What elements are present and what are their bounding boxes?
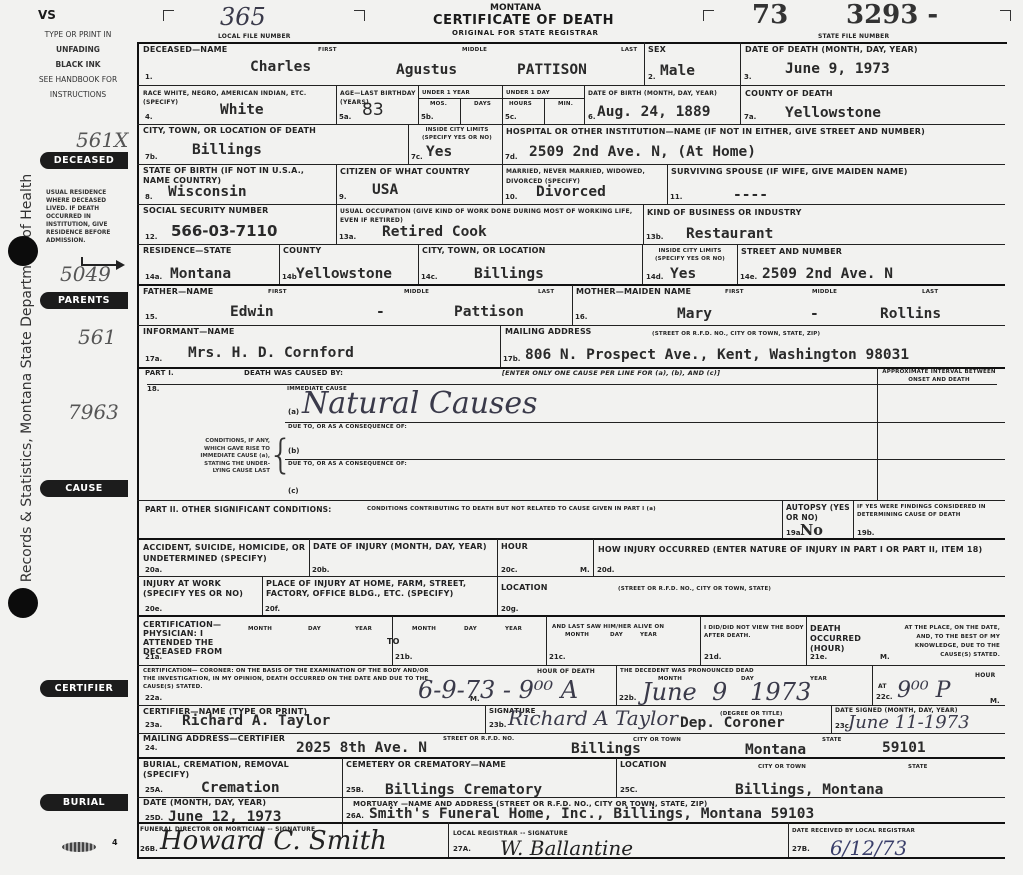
autopsy-value: No <box>800 522 823 539</box>
business-industry: Restaurant <box>686 226 773 242</box>
residence-county: Yellowstone <box>296 266 392 282</box>
residence-city: Billings <box>474 266 544 282</box>
sex-value: Male <box>660 63 695 79</box>
immediate-cause: Natural Causes <box>302 386 538 421</box>
form-state: MONTANA <box>490 3 541 13</box>
form-title: CERTIFICATE OF DEATH <box>433 13 614 28</box>
father-middle: - <box>376 304 385 320</box>
margin-note: 7963 <box>68 400 119 424</box>
page-number: 4 <box>112 838 118 847</box>
informant-mailing-address: 806 N. Prospect Ave., Kent, Washington 9… <box>525 347 909 363</box>
margin-note: 5049 <box>60 262 111 286</box>
corner-bracket <box>1000 10 1011 21</box>
city-of-death: Billings <box>192 142 262 158</box>
deceased-last-name: PATTISON <box>517 62 587 78</box>
brace: { <box>268 435 293 475</box>
date-of-death: June 9, 1973 <box>785 61 890 77</box>
mother-last: Rollins <box>880 306 941 322</box>
inside-city-limits: Yes <box>426 144 452 160</box>
residence-street: 2509 2nd Ave. N <box>762 266 893 282</box>
date-of-birth: Aug. 24, 1889 <box>597 104 711 120</box>
disposition: Cremation <box>201 780 280 796</box>
certifier-zip: 59101 <box>882 740 926 756</box>
form-code: VS <box>38 8 56 22</box>
mother-first: Mary <box>677 306 712 322</box>
social-security-number: 566-03-7110 <box>171 222 277 240</box>
pronounced-date: June 9 1973 <box>642 678 811 706</box>
citizenship: USA <box>372 182 398 198</box>
section-tab-burial: BURIAL <box>40 794 128 811</box>
conditions-note: CONDITIONS, IF ANY, WHICH GAVE RISE TO I… <box>158 438 270 476</box>
certifier-signature: Richard A Taylor <box>508 706 678 730</box>
pronounced-hour: 9⁰⁰ P <box>897 678 950 703</box>
section-tab-deceased: DECEASED <box>40 152 128 169</box>
section-tab-parents: PARENTS <box>40 292 128 309</box>
residence-note: USUAL RESIDENCE WHERE DECEASED LIVED. IF… <box>46 189 110 245</box>
corner-bracket <box>703 10 714 21</box>
union-label-icon <box>62 842 96 852</box>
residence-inside-city: Yes <box>670 266 696 282</box>
margin-note: 561 <box>78 325 116 349</box>
coroner-date-hour: 6-9-73 - 9⁰⁰ A <box>418 676 578 704</box>
hospital-value: 2509 2nd Ave. N, (At Home) <box>529 144 756 160</box>
corner-bracket <box>354 10 365 21</box>
father-first: Edwin <box>230 304 274 320</box>
punch-hole <box>8 236 38 266</box>
certifier-city: Billings <box>571 741 641 757</box>
certifier-street: 2025 8th Ave. N <box>296 740 427 756</box>
funeral-director-signature: Howard C. Smith <box>160 826 387 856</box>
state-file-year: 73 <box>752 0 788 30</box>
occupation: Retired Cook <box>382 224 487 240</box>
corner-bracket <box>163 10 174 21</box>
date-signed: June 11-1973 <box>848 712 970 733</box>
section-tab-certifier: CERTIFIER <box>40 680 128 697</box>
residence-state: Montana <box>170 266 231 282</box>
state-of-birth: Wisconsin <box>168 184 247 200</box>
surviving-spouse: ---- <box>733 187 768 203</box>
marital-status: Divorced <box>536 184 606 200</box>
local-file-label: LOCAL FILE NUMBER <box>218 33 291 40</box>
father-last: Pattison <box>454 304 524 320</box>
mother-middle: - <box>810 306 819 322</box>
informant-name: Mrs. H. D. Cornford <box>188 345 354 361</box>
deceased-name-label: DECEASED—NAME <box>143 45 227 54</box>
margin-note: 561X <box>76 128 128 152</box>
state-file-label: STATE FILE NUMBER <box>818 33 889 40</box>
deceased-middle-name: Agustus <box>396 62 457 78</box>
ink-instructions: TYPE OR PRINT IN UNFADING BLACK INK SEE … <box>28 27 128 102</box>
certifier-state: Montana <box>745 742 806 758</box>
age-value: 83 <box>362 100 384 120</box>
certifier-title: Dep. Coroner <box>680 715 785 731</box>
burial-location: Billings, Montana <box>735 782 883 798</box>
cemetery-name: Billings Crematory <box>385 782 542 798</box>
deceased-first-name: Charles <box>250 59 311 75</box>
form-subtitle: ORIGINAL FOR STATE REGISTRAR <box>452 29 599 37</box>
county-of-death: Yellowstone <box>785 105 881 121</box>
race-value: White <box>220 102 264 118</box>
certifier-name: Richard A. Taylor <box>182 713 330 729</box>
mortuary-name-address: Smith's Funeral Home, Inc., Billings, Mo… <box>369 806 814 822</box>
section-tab-cause: CAUSE <box>40 480 128 497</box>
state-file-number: 3293 - <box>846 0 938 30</box>
local-file-number: 365 <box>220 3 266 31</box>
punch-hole <box>8 588 38 618</box>
vertical-department-text: Records & Statistics, Montana State Depa… <box>19 133 35 623</box>
